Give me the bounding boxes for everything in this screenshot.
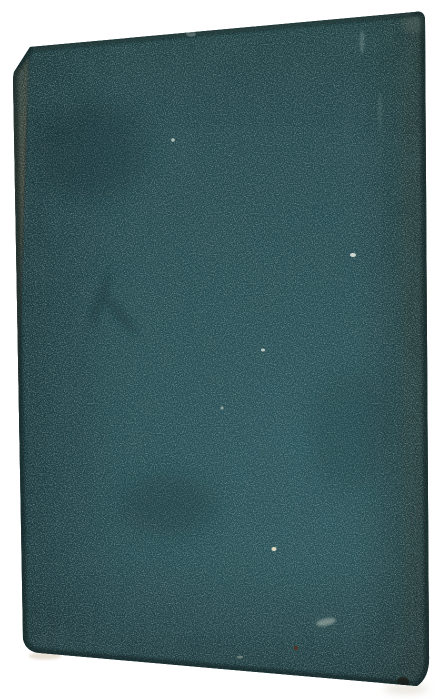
texture-grain-light — [0, 0, 443, 700]
wear-white-fleck-upper — [350, 253, 356, 257]
wear-scratch-right — [379, 92, 382, 132]
wear-smudge-mid-left — [122, 475, 218, 535]
wear-red-dot-bottom — [294, 646, 298, 650]
wear-smudge-left-upper — [37, 102, 147, 198]
wear-pale-fleck-mid — [221, 407, 224, 410]
book-photograph — [0, 0, 443, 700]
wear-white-fleck-center — [261, 349, 265, 352]
wear-pale-fleck-upper-left — [171, 138, 175, 142]
wear-cream-dot — [272, 547, 277, 551]
wear-smudge-center-right — [310, 370, 390, 490]
wear-fleck-bottom — [237, 656, 243, 659]
wear-scratch-top-right — [360, 30, 364, 54]
wear-scratch-mid-right — [346, 104, 350, 160]
cast-shadow-bottom-right — [384, 685, 428, 694]
book-photo-canvas — [0, 0, 443, 700]
book — [0, 0, 443, 700]
